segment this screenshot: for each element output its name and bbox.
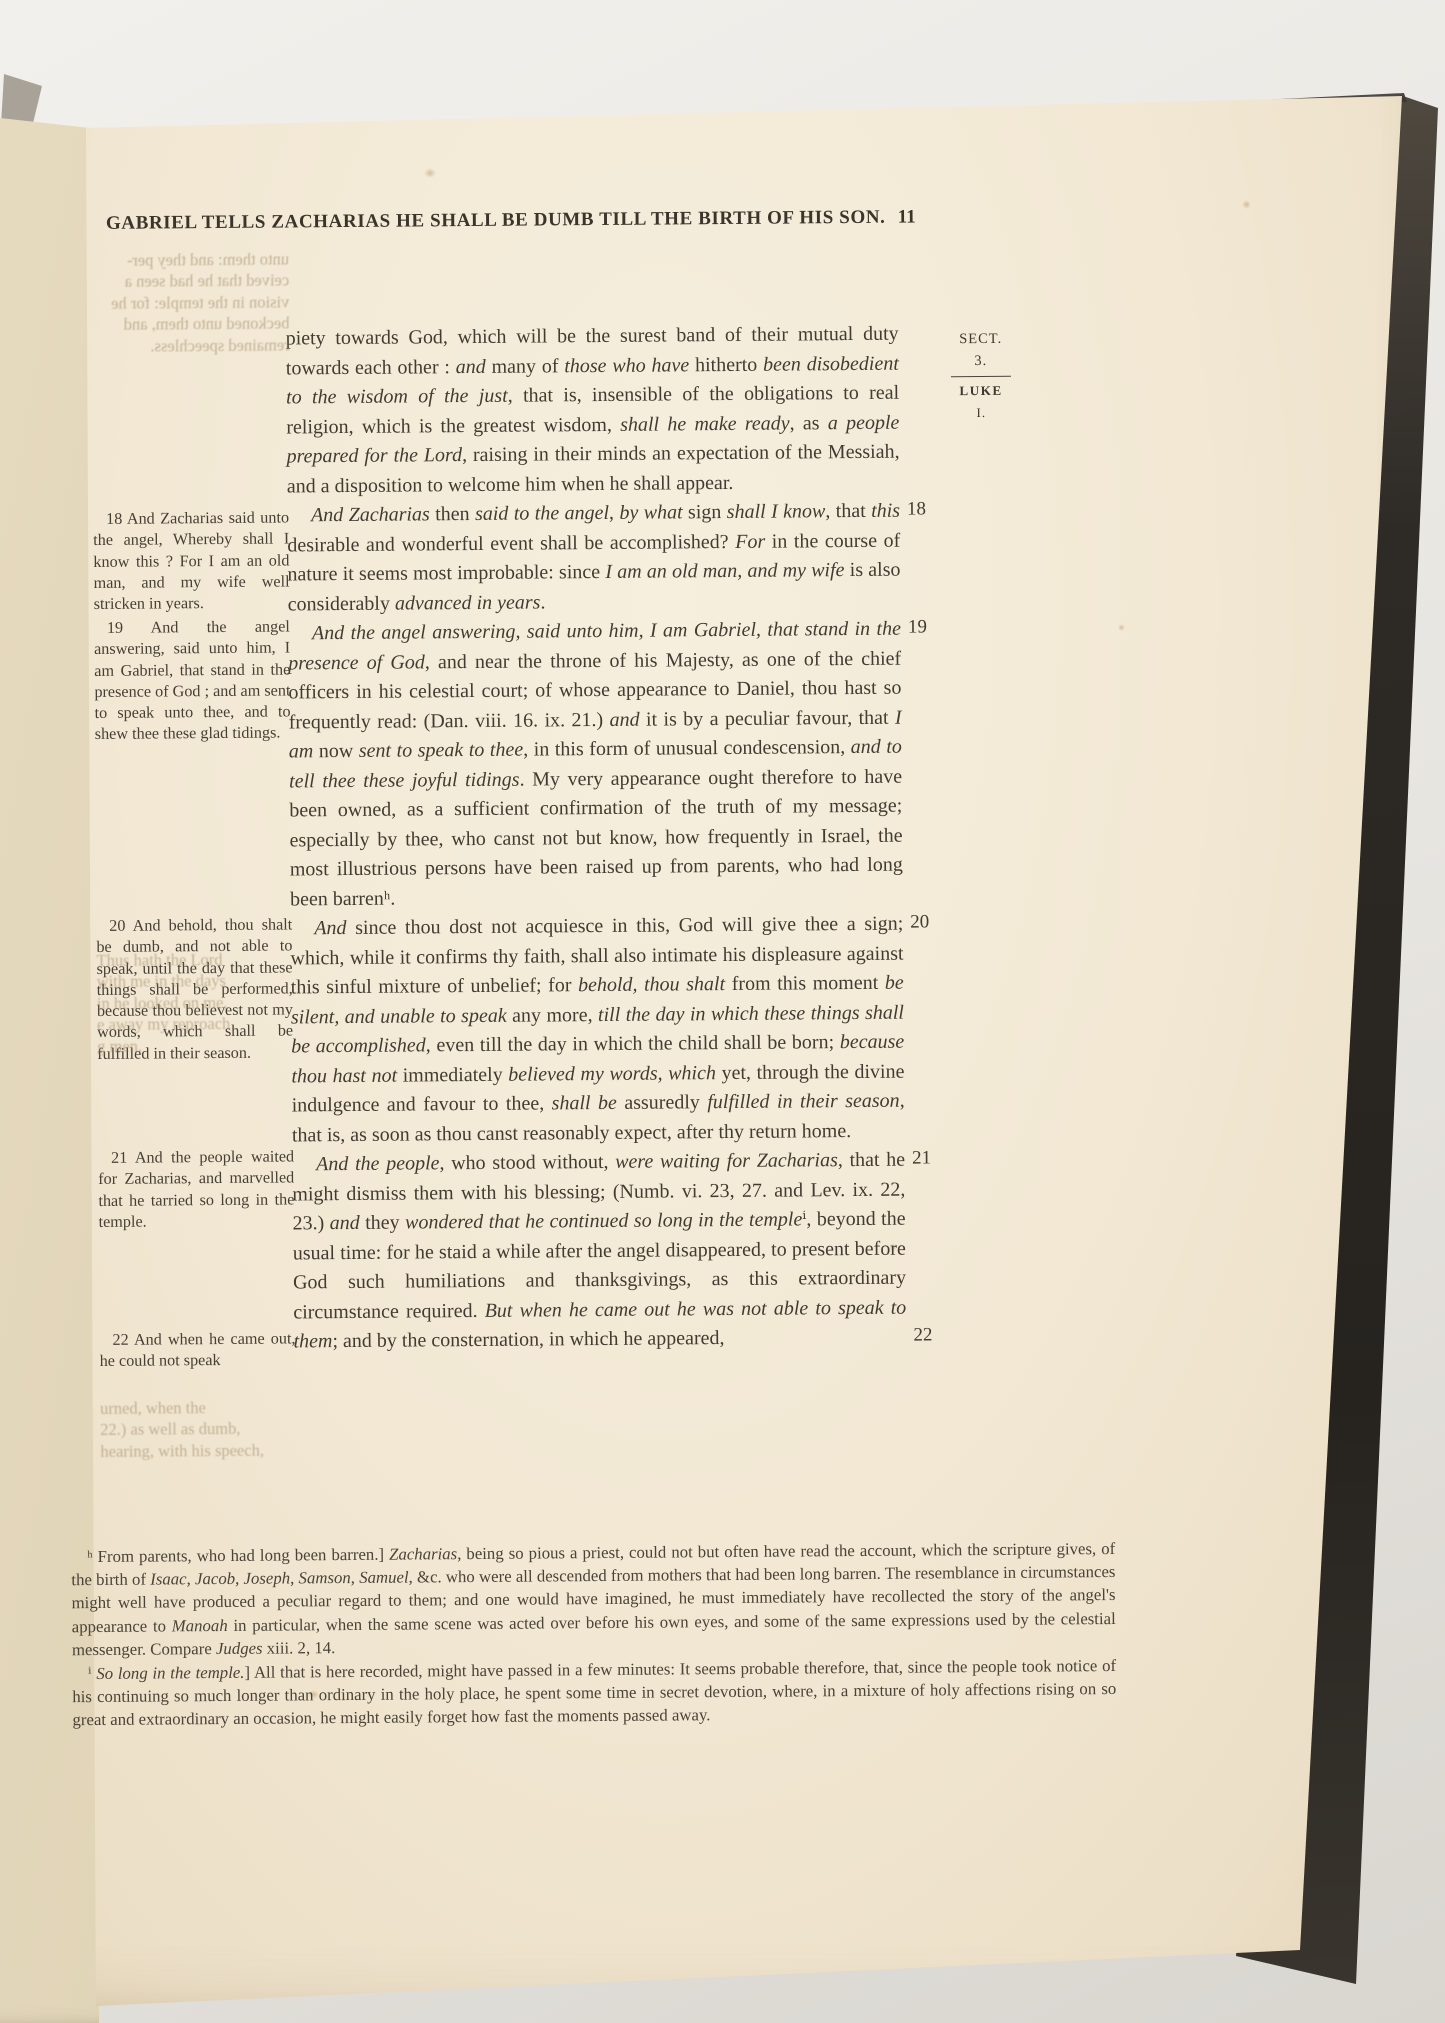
book-label: LUKE [944,380,1018,403]
chapter-label: I. [944,402,1018,425]
kjv-margin-note: 21 And the people waited for Zacharias, … [98,1146,295,1233]
bleedthrough-text: unto them: and they per-ceived that he h… [0,0,1444,1]
paraphrase-paragraph: And since thou dost not acquiesce in thi… [290,910,905,1151]
paraphrase-paragraph: And the people, who stood without, were … [292,1146,907,1357]
kjv-margin-note: 22 And when he came out, he could not sp… [99,1328,295,1372]
paraphrase-column: piety towards God, which will be the sur… [286,320,907,1357]
paraphrase-paragraph: And the angel answering, said unto him, … [288,615,903,915]
verse-marker: 21 [912,1147,956,1169]
verse-marker: 22 [913,1324,957,1346]
paraphrase-paragraph: piety towards God, which will be the sur… [286,320,900,502]
verse-marker: 19 [908,616,952,638]
bleedthrough-block: Thus hath the Lordwith me in the daysin … [96,948,297,1057]
sect-label: SECT. [944,328,1018,351]
kjv-margin-note: 18 And Zacharias said unto the angel, Wh… [93,507,290,615]
verse-markers: 1819202122 [0,0,1444,1]
kjv-margin-note: 19 And the angel answering, said unto hi… [94,616,291,745]
paraphrase-paragraph: And Zacharias then said to the angel, by… [287,497,901,620]
printed-content: GABRIEL TELLS ZACHARIAS HE SHALL BE DUMB… [0,0,1445,2023]
section-chapter-label: SECT. 3. LUKE I. [944,328,1019,425]
verse-marker: 20 [910,911,954,933]
running-header: GABRIEL TELLS ZACHARIAS HE SHALL BE DUMB… [96,207,896,235]
footnotes-block: ʰ From parents, who had long been barren… [71,1537,1116,1733]
verse-marker: 18 [907,498,951,520]
bleedthrough-block: urned, when the22.) as well as dumb,hear… [100,1396,302,1462]
page-number: 11 [898,206,948,228]
sect-number: 3. [944,350,1018,373]
footnote: ʰ From parents, who had long been barren… [71,1537,1116,1661]
footnote: ⁱ So long in the temple.] All that is he… [72,1654,1117,1732]
bleedthrough-block: unto them: and they per-ceived that he h… [93,248,290,357]
sect-rule [951,376,1011,377]
